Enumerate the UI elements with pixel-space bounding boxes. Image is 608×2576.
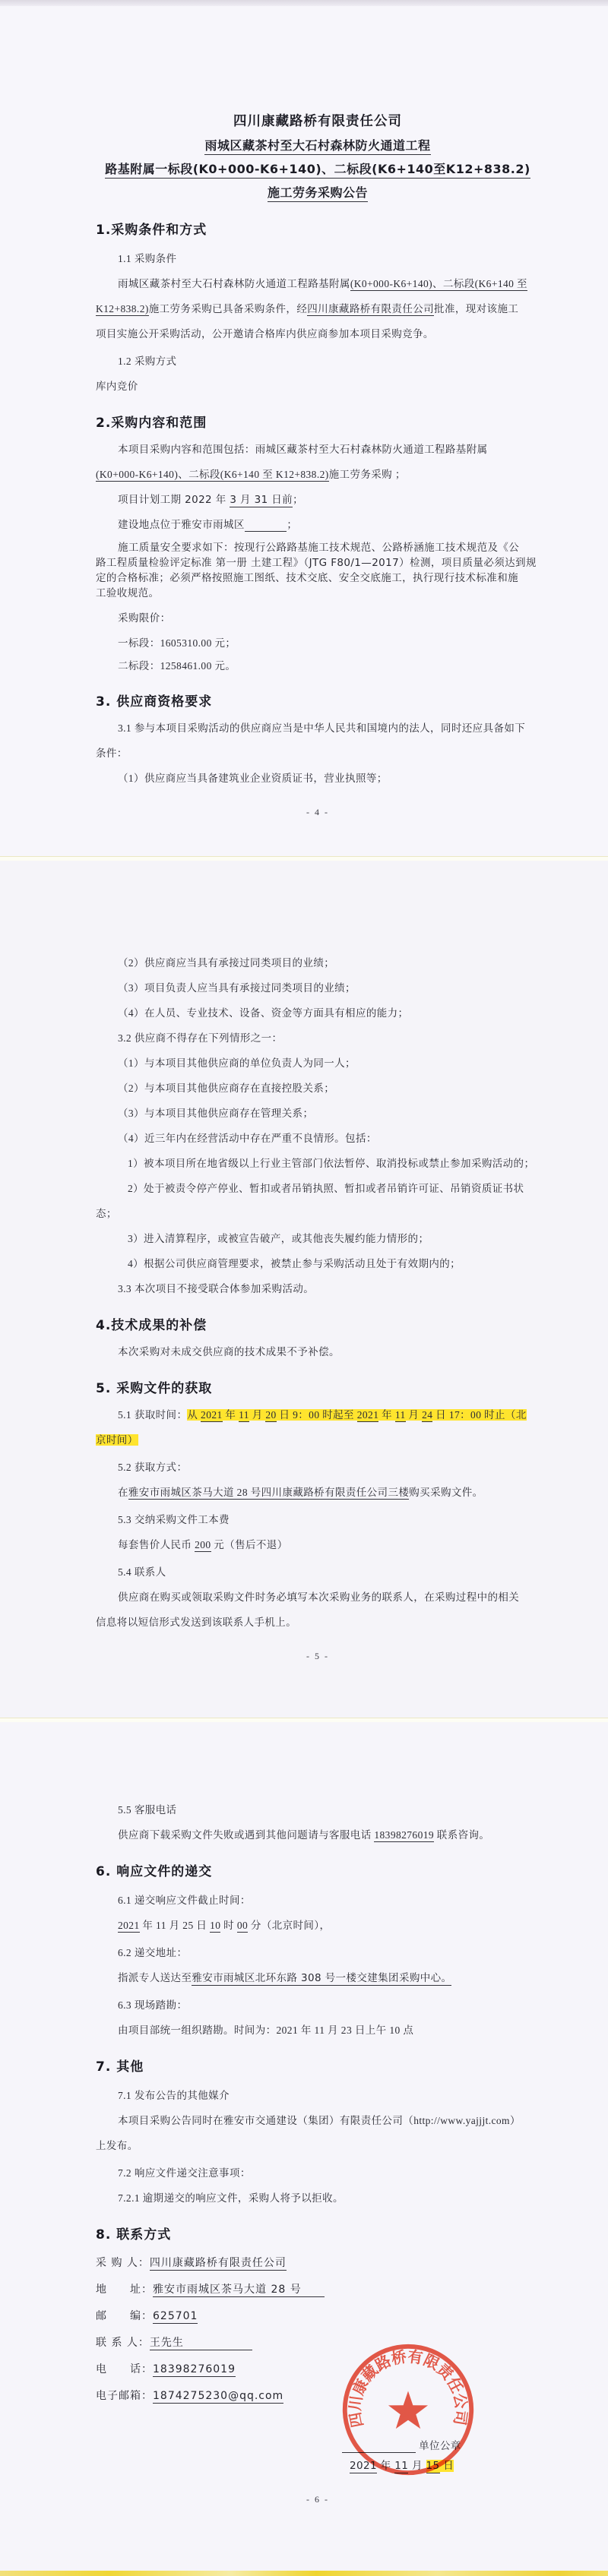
text-run: 6. 响应文件的递交 [96, 1864, 212, 1879]
subsection-heading: 7.2 响应文件递交注意事项： [96, 2166, 540, 2181]
doc-line: 指派专人送达至雅安市雨城区北环东路 308 号一楼交建集团采购中心。 [96, 1971, 540, 1986]
underlined-text: 2021 [201, 1409, 223, 1422]
text-run: 地 址： [96, 2284, 153, 2296]
underlined-text: 雨城区藏茶村至大石村森林防火通道工程 [204, 138, 430, 155]
text-run: 3.1 参与本项目采购活动的供应商应当是中华人民共和国境内的法人，同时还应具备如… [118, 722, 525, 734]
subsection-heading: 5.4 联系人 [96, 1565, 540, 1580]
text-run: 建设地点位于雅安市雨城区 [118, 519, 245, 531]
section-heading: 4.技术成果的补偿 [96, 1316, 540, 1335]
doc-line: （2）与本项目其他供应商存在直接控股关系； [96, 1081, 540, 1096]
text-run: 本次采购对未成交供应商的技术成果不予补偿。 [118, 1346, 340, 1358]
text-run: 本项目采购公告同时在雅安市交通建设（集团）有限责任公司（http://www.y… [118, 2115, 521, 2126]
doc-line: （2）供应商应当具有承接过同类项目的业绩； [96, 956, 540, 971]
text-run: 施工质量安全要求如下：按现行公路路基施工技术规范、公路桥涵施工技术规范及《公 [118, 542, 519, 554]
text-run: 定的合格标准；必须严格按照施工图纸、技术交底、安全交底施工，执行现行技术标准和施 [96, 572, 518, 584]
doc-line: （4）近三年内在经营活动中存在严重不良情形。包括： [96, 1131, 540, 1146]
text-run: 8. 联系方式 [96, 2227, 171, 2243]
underlined-text: 四川康藏路桥有限责任公司 [150, 2257, 287, 2271]
doc-line: 本次采购对未成交供应商的技术成果不予补偿。 [96, 1345, 540, 1360]
underlined-text: 1874275230@qq.com [153, 2390, 283, 2404]
text-run: 施工劳务采购已具备采购条件，经 [149, 303, 308, 314]
underlined-text: 24 [422, 1409, 432, 1422]
text-run: 6.1 递交响应文件截止时间： [118, 1895, 251, 1906]
highlighted-text: 从 [187, 1409, 201, 1421]
page-number: - 4 - [96, 804, 540, 820]
text-run: 5.5 客服电话 [118, 1804, 176, 1816]
page-2-content: （2）供应商应当具有承接过同类项目的业绩；（3）项目负责人应当具有承接过同类项目… [0, 861, 608, 1664]
text-run: 二标段：1258461.00 元。 [118, 660, 236, 672]
text-run: - 6 - [306, 2494, 329, 2505]
highlighted-text: 日 [440, 2460, 454, 2472]
doc-line: 二标段：1258461.00 元。 [96, 659, 540, 673]
doc-line: 路工程质量检验评定标准 第一册 土建工程》（JTG F80/1—2017）检测，… [96, 555, 540, 571]
doc-line: 一标段：1605310.00 元； [96, 636, 540, 651]
doc-line: 工验收规范。 [96, 586, 540, 601]
text-run: （1）与本项目其他供应商的单位负责人为同一人； [118, 1057, 356, 1069]
highlighted-text: 月 [249, 1409, 265, 1421]
underlined-text: 11 [394, 2460, 408, 2473]
text-run: 年 [377, 2460, 394, 2472]
text-run: ； [287, 519, 297, 531]
doc-line: （3）项目负责人应当具有承接过同类项目的业绩； [96, 981, 540, 996]
text-run: 在 [118, 1487, 128, 1498]
text-run: 月 [408, 2460, 426, 2472]
underlined-text: 15 [426, 2460, 440, 2473]
subsection-heading: 5.2 获取方式： [96, 1460, 540, 1475]
highlighted-text: 年 [223, 1409, 239, 1421]
text-run: 单位公章 [416, 2440, 461, 2451]
underlined-text: K12+838.2) [96, 303, 149, 316]
section-heading: 6. 响应文件的递交 [96, 1863, 540, 1881]
subsection-heading: 5.3 交纳采购文件工本费 [96, 1512, 540, 1528]
text-run: 电 话： [96, 2363, 153, 2375]
text-run: 工验收规范。 [96, 587, 159, 599]
text-run: 态； [96, 1208, 117, 1219]
underlined-text: 11 [239, 1409, 249, 1422]
page-1: 四川康藏路桥有限责任公司雨城区藏茶村至大石村森林防火通道工程路基附属一标段(K0… [0, 6, 608, 857]
text-run: 元（售后不退） [211, 1539, 288, 1550]
doc-line: 1）被本项目所在地省级以上行业主管部门依法暂停、取消投标或禁止参加采购活动的； [96, 1156, 540, 1171]
text-run: 5.2 获取方式： [118, 1462, 187, 1473]
underlined-text: 四川康藏路桥有限责任公司 [307, 303, 434, 316]
doc-title: 四川康藏路桥有限责任公司 [96, 112, 540, 131]
text-run: - 4 - [306, 807, 329, 817]
subsection-heading: 6.2 递交地址： [96, 1945, 540, 1961]
seal-signature-line: 单位公章 [342, 2439, 540, 2454]
doc-line: (K0+000-K6+140)、二标段(K6+140 至 K12+838.2)施… [96, 467, 540, 482]
text-run: 4）根据公司供应商管理要求，被禁止参与采购活动且处于有效期内的； [128, 1258, 461, 1269]
doc-line: 雨城区藏茶村至大石村森林防火通道工程路基附属(K0+000-K6+140)、二标… [96, 277, 540, 292]
doc-line: （1）供应商应当具备建筑业企业资质证书，营业执照等； [96, 771, 540, 786]
text-run: 指派专人送达至 [118, 1972, 192, 1983]
doc-line: 3.2 供应商不得存在下列情形之一： [96, 1031, 540, 1046]
highlighted-text: 京时间） [96, 1434, 138, 1446]
text-run: 5.4 联系人 [118, 1566, 166, 1578]
doc-line: 在雅安市雨城区茶马大道 28 号四川康藏路桥有限责任公司三楼购买采购文件。 [96, 1485, 540, 1500]
doc-line: （4）在人员、专业技术、设备、资金等方面具有相应的能力； [96, 1006, 540, 1021]
contact-row: 邮 编：625701 [96, 2309, 540, 2324]
doc-line: 定的合格标准；必须严格按照施工图纸、技术交底、安全交底施工，执行现行技术标准和施 [96, 571, 540, 586]
section-heading: 3. 供应商资格要求 [96, 693, 540, 711]
page-number: - 5 - [96, 1648, 540, 1664]
doc-line: 采购限价： [96, 611, 540, 626]
doc-date: 2021 年 11 月 15 日 [350, 2458, 540, 2473]
text-run: 7.1 发布公告的其他媒介 [118, 2090, 230, 2101]
underlined-text: (K0+000-K6+140)、二标段(K6+140 至 [350, 278, 527, 291]
text-run: 年 11 月 25 日 [140, 1920, 210, 1931]
doc-line: 供应商下载采购文件失败或遇到其他问题请与客服电话 18398276019 联系咨… [96, 1828, 540, 1843]
underlined-text: 雅安市雨城区茶马大道 28 号 [153, 2284, 325, 2297]
highlighted-text: 月 [406, 1409, 422, 1421]
doc-line: 项目计划工期 2022 年 3 月 31 日前； [96, 492, 540, 507]
text-run: 7.2.1 逾期递交的响应文件，采购人将予以拒收。 [118, 2192, 344, 2204]
contact-row: 联 系 人：王先生 [96, 2335, 540, 2350]
underlined-text: 00 [237, 1920, 248, 1933]
underlined-text: 625701 [153, 2310, 198, 2324]
doc-line: 京时间） [96, 1433, 540, 1448]
text-run: 联 系 人： [96, 2337, 150, 2349]
text-run: 3.3 本次项目不接受联合体参加采购活动。 [118, 1283, 314, 1294]
text-run: 5.1 获取时间： [118, 1409, 187, 1421]
text-run: 项目实施公开采购活动，公开邀请合格库内供应商参加本项目采购竞争。 [96, 328, 434, 340]
doc-line: 供应商在购买或领取采购文件时务必填写本次采购业务的联系人，在采购过程中的相关 [96, 1590, 540, 1605]
text-run: 4.技术成果的补偿 [96, 1318, 207, 1333]
text-run: 7. 其他 [96, 2059, 144, 2075]
underlined-text: 路基附属一标段(K0+000-K6+140)、二标段(K6+140至K12+83… [105, 162, 530, 179]
underlined-text: 18398276019 [153, 2363, 236, 2377]
text-run: 购买采购文件。 [409, 1487, 483, 1498]
doc-line: 项目实施公开采购活动，公开邀请合格库内供应商参加本项目采购竞争。 [96, 327, 540, 342]
page-1-content: 四川康藏路桥有限责任公司雨城区藏茶村至大石村森林防火通道工程路基附属一标段(K0… [0, 6, 608, 820]
section-heading: 8. 联系方式 [96, 2226, 540, 2244]
document-scan: 四川康藏路桥有限责任公司雨城区藏茶村至大石村森林防火通道工程路基附属一标段(K0… [0, 0, 608, 2576]
text-run: 邮 编： [96, 2310, 153, 2322]
page-3-content: 5.5 客服电话供应商下载采购文件失败或遇到其他问题请与客服电话 1839827… [0, 1722, 608, 2507]
text-run: （4）在人员、专业技术、设备、资金等方面具有相应的能力； [118, 1007, 408, 1019]
text-run: 2）处于被责令停产停业、暂扣或者吊销执照、暂扣或者吊销许可证、吊销资质证书状 [128, 1183, 524, 1194]
doc-line: 4）根据公司供应商管理要求，被禁止参与采购活动且处于有效期内的； [96, 1256, 540, 1272]
subsection-heading: 7.1 发布公告的其他媒介 [96, 2088, 540, 2103]
text-run: 供应商下载采购文件失败或遇到其他问题请与客服电话 [118, 1829, 374, 1841]
highlighted-text: 年 [378, 1409, 394, 1421]
doc-subtitle: 雨城区藏茶村至大石村森林防火通道工程 [96, 137, 540, 154]
subsection-heading: 1.1 采购条件 [96, 251, 540, 267]
doc-subtitle: 施工劳务采购公告 [96, 185, 540, 201]
text-run: 6.2 递交地址： [118, 1947, 187, 1958]
subsection-heading: 5.5 客服电话 [96, 1803, 540, 1818]
text-run: （3）项目负责人应当具有承接过同类项目的业绩； [118, 982, 356, 994]
doc-line: 3）进入清算程序，或被宣告破产，或其他丧失履约能力情形的； [96, 1231, 540, 1247]
text-run: 由项目部统一组织踏勘。时间为：2021 年 11 月 23 日上午 10 点 [118, 2024, 413, 2036]
doc-line: 2021 年 11 月 25 日 10 时 00 分（北京时间）， [96, 1918, 540, 1933]
text-run: （4）近三年内在经营活动中存在严重不良情形。包括： [118, 1133, 377, 1144]
page-2: （2）供应商应当具有承接过同类项目的业绩；（3）项目负责人应当具有承接过同类项目… [0, 861, 608, 1718]
doc-line: （1）与本项目其他供应商的单位负责人为同一人； [96, 1056, 540, 1071]
underlined-text: 雅安市雨城区茶马大道 28 号四川康藏路桥有限责任公司三楼 [128, 1487, 409, 1500]
text-run: 5.3 交纳采购文件工本费 [118, 1514, 230, 1525]
section-heading: 7. 其他 [96, 2058, 540, 2076]
doc-line: 条件： [96, 746, 540, 761]
subsection-heading: 6.3 现场踏勘： [96, 1998, 540, 2013]
highlighted-text: 日 9：00 时起至 [277, 1409, 357, 1421]
underlined-text: 200 [195, 1539, 211, 1552]
subsection-heading: 1.2 采购方式 [96, 354, 540, 369]
text-run: 5. 采购文件的获取 [96, 1381, 212, 1396]
text-run: 一标段：1605310.00 元； [118, 637, 236, 649]
doc-line: 上发布。 [96, 2138, 540, 2154]
section-heading: 5. 采购文件的获取 [96, 1380, 540, 1398]
contact-row: 地 址：雅安市雨城区茶马大道 28 号 [96, 2282, 540, 2297]
underlined-text: 施工劳务采购公告 [268, 185, 368, 202]
doc-line: 5.1 获取时间：从 2021 年 11 月 20 日 9：00 时起至 202… [96, 1408, 540, 1423]
doc-line: 由项目部统一组织踏勘。时间为：2021 年 11 月 23 日上午 10 点 [96, 2023, 540, 2038]
scan-edge-top [0, 0, 608, 6]
text-run: 本项目采购内容和范围包括：雨城区藏茶村至大石村森林防火通道工程路基附属 [118, 444, 488, 455]
text-run: 批准，现对该施工 [434, 303, 518, 314]
text-run: 项目计划工期 2022 年 [118, 494, 230, 506]
text-run: （3）与本项目其他供应商存在管理关系； [118, 1108, 313, 1119]
underlined-text [342, 2440, 416, 2453]
text-run: 施工劳务采购 ； [329, 469, 406, 480]
doc-line: 本项目采购公告同时在雅安市交通建设（集团）有限责任公司（http://www.y… [96, 2113, 540, 2129]
contact-row: 电 话：18398276019 [96, 2362, 540, 2377]
text-run: （1）供应商应当具备建筑业企业资质证书，营业执照等； [118, 773, 388, 784]
text-run: 6.3 现场踏勘： [118, 1999, 187, 2011]
doc-line: 库内竞价 [96, 379, 540, 394]
underlined-text: 王先生 [150, 2337, 252, 2350]
text-run: - 5 - [306, 1651, 329, 1661]
text-run: 3）进入清算程序，或被宣告破产，或其他丧失履约能力情形的； [128, 1233, 429, 1244]
text-run: 电子邮箱： [96, 2390, 153, 2402]
underlined-text [245, 519, 287, 532]
doc-line: K12+838.2)施工劳务采购已具备采购条件，经四川康藏路桥有限责任公司批准，… [96, 302, 540, 317]
doc-line: 2）处于被责令停产停业、暂扣或者吊销执照、暂扣或者吊销许可证、吊销资质证书状 [96, 1181, 540, 1196]
text-run: 每套售价人民币 [118, 1539, 195, 1550]
page-number: - 6 - [96, 2492, 540, 2507]
text-run: 上发布。 [96, 2140, 138, 2151]
text-run: 时 [220, 1920, 236, 1931]
underlined-text: 2021 [357, 1409, 379, 1422]
text-run: （2）与本项目其他供应商存在直接控股关系； [118, 1083, 334, 1094]
text-run: 采购限价： [118, 612, 171, 624]
doc-line: 本项目采购内容和范围包括：雨城区藏茶村至大石村森林防火通道工程路基附属 [96, 442, 540, 457]
text-run: 联系咨询。 [434, 1829, 489, 1841]
doc-line: 施工质量安全要求如下：按现行公路路基施工技术规范、公路桥涵施工技术规范及《公 [96, 540, 540, 555]
contact-row: 采 购 人：四川康藏路桥有限责任公司 [96, 2255, 540, 2271]
text-run: 1）被本项目所在地省级以上行业主管部门依法暂停、取消投标或禁止参加采购活动的； [128, 1158, 534, 1169]
contact-row: 电子邮箱：1874275230@qq.com [96, 2388, 540, 2404]
underlined-text: 11 [395, 1409, 406, 1422]
underlined-text: 雅安市雨城区北环东路 308 号一楼交建集团采购中心。 [192, 1972, 451, 1986]
underlined-text: 10 [210, 1920, 220, 1933]
doc-subtitle: 路基附属一标段(K0+000-K6+140)、二标段(K6+140至K12+83… [96, 161, 540, 178]
underlined-text: 2021 [118, 1920, 140, 1933]
highlighted-text: 日 17：00 时止（北 [432, 1409, 526, 1421]
doc-line: 3.1 参与本项目采购活动的供应商应当是中华人民共和国境内的法人，同时还应具备如… [96, 721, 540, 736]
text-run: 1.2 采购方式 [118, 356, 176, 367]
doc-line: 态； [96, 1206, 540, 1222]
text-run: 1.采购条件和方式 [96, 223, 207, 238]
underlined-text: 18398276019 [374, 1829, 434, 1842]
doc-line: 7.2.1 逾期递交的响应文件，采购人将予以拒收。 [96, 2191, 540, 2206]
text-run: （2）供应商应当具有承接过同类项目的业绩； [118, 957, 334, 969]
text-run: 3.2 供应商不得存在下列情形之一： [118, 1032, 282, 1044]
subsection-heading: 6.1 递交响应文件截止时间： [96, 1893, 540, 1908]
text-run: 分（北京时间）， [248, 1920, 330, 1931]
text-run: 2.采购内容和范围 [96, 416, 207, 431]
text-run: 采 购 人： [96, 2257, 150, 2269]
doc-line: 3.3 本次项目不接受联合体参加采购活动。 [96, 1282, 540, 1297]
doc-line: 信息将以短信形式发送到该联系人手机上。 [96, 1615, 540, 1630]
text-run: 1.1 采购条件 [118, 253, 176, 264]
section-heading: 2.采购内容和范围 [96, 414, 540, 432]
text-run: 信息将以短信形式发送到该联系人手机上。 [96, 1617, 296, 1628]
page-3: 5.5 客服电话供应商下载采购文件失败或遇到其他问题请与客服电话 1839827… [0, 1722, 608, 2571]
text-run: 供应商在购买或领取采购文件时务必填写本次采购业务的联系人，在采购过程中的相关 [118, 1591, 519, 1603]
text-run: 3. 供应商资格要求 [96, 694, 212, 710]
text-run: 四川康藏路桥有限责任公司 [233, 114, 402, 129]
scan-edge-bottom [0, 2571, 608, 2576]
section-heading: 1.采购条件和方式 [96, 221, 540, 239]
doc-line: 每套售价人民币 200 元（售后不退） [96, 1538, 540, 1553]
doc-line: 建设地点位于雅安市雨城区 ； [96, 517, 540, 533]
text-run: 条件： [96, 748, 128, 759]
underlined-text: 2021 [350, 2460, 377, 2473]
text-run: ； [293, 494, 303, 506]
text-run: 7.2 响应文件递交注意事项： [118, 2167, 251, 2179]
text-run: 路工程质量检验评定标准 第一册 土建工程》（JTG F80/1—2017）检测，… [96, 557, 537, 569]
underlined-text: 20 [265, 1409, 276, 1422]
underlined-text: 3 月 31 日前 [230, 494, 293, 507]
underlined-text: (K0+000-K6+140)、二标段(K6+140 至 K12+838.2) [96, 469, 329, 482]
text-run: 库内竞价 [96, 381, 138, 392]
text-run: 雨城区藏茶村至大石村森林防火通道工程路基附属 [118, 278, 350, 289]
doc-line: （3）与本项目其他供应商存在管理关系； [96, 1106, 540, 1121]
